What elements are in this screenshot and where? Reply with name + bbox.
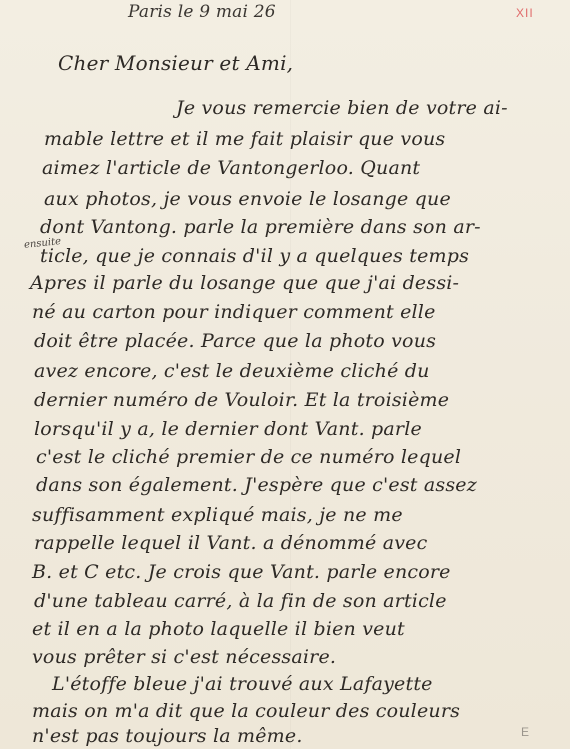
letter-line: et il en a la photo laquelle il bien veu… xyxy=(32,618,405,640)
letter-line: d'une tableau carré, à la fin de son art… xyxy=(34,590,447,612)
letter-line: mais on m'a dit que la couleur des coule… xyxy=(32,700,460,722)
letter-line: doit être placée. Parce que la photo vou… xyxy=(34,330,436,352)
letter-line: ticle, que je connais d'il y a quelques … xyxy=(40,245,469,267)
letter-line: Apres il parle du losange que que j'ai d… xyxy=(30,272,459,294)
letter-line: avez encore, c'est le deuxième cliché du xyxy=(34,360,430,382)
corner-mark: E xyxy=(521,725,529,739)
letter-line: B. et C etc. Je crois que Vant. parle en… xyxy=(32,561,451,583)
letter-line: rappelle lequel il Vant. a dénommé avec xyxy=(34,532,427,554)
letter-line: dont Vantong. parle la première dans son… xyxy=(40,216,481,238)
letter-line: dans son également. J'espère que c'est a… xyxy=(36,474,477,496)
letter-line: suffisamment expliqué mais, je ne me xyxy=(32,504,403,526)
letter-line: dernier numéro de Vouloir. Et la troisiè… xyxy=(34,389,449,411)
dateline: Paris le 9 mai 26 xyxy=(128,2,276,22)
letter-line: vous prêter si c'est nécessaire. xyxy=(32,646,336,668)
letter-line: lorsqu'il y a, le dernier dont Vant. par… xyxy=(34,418,422,440)
letter-line: L'étoffe bleue j'ai trouvé aux Lafayette xyxy=(52,673,433,695)
archive-mark: XII xyxy=(516,6,534,20)
letter-line: Je vous remercie bien de votre ai- xyxy=(176,97,508,119)
letter-page: XII Paris le 9 mai 26 Cher Monsieur et A… xyxy=(0,0,570,749)
letter-line: né au carton pour indiquer comment elle xyxy=(32,301,436,323)
letter-line: aux photos, je vous envoie le losange qu… xyxy=(44,188,451,210)
letter-line: c'est le cliché premier de ce numéro leq… xyxy=(36,446,461,468)
salutation: Cher Monsieur et Ami, xyxy=(58,51,293,75)
letter-line: n'est pas toujours la même. xyxy=(32,725,303,747)
letter-line: aimez l'article de Vantongerloo. Quant xyxy=(42,157,420,179)
letter-line: mable lettre et il me fait plaisir que v… xyxy=(44,128,445,150)
